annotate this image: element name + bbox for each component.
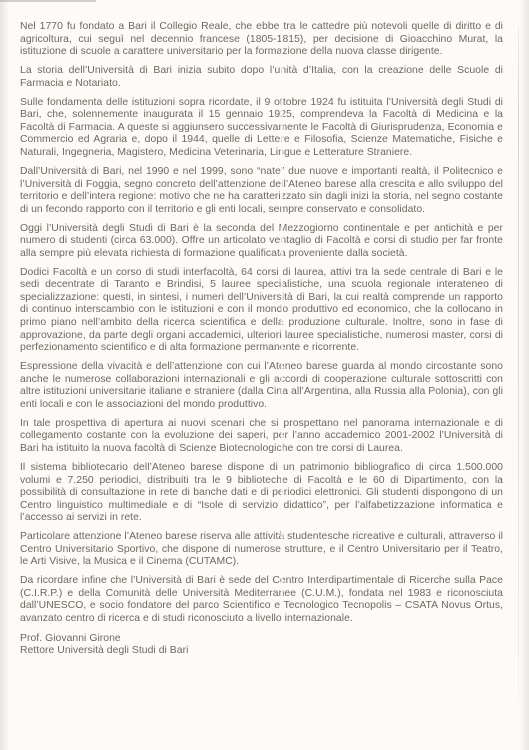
signature-name: Prof. Giovanni Girone <box>20 633 503 646</box>
signature-block: Prof. Giovanni Girone Rettore Università… <box>20 633 503 658</box>
paragraph: Oggi l’Università degli Studi di Bari è … <box>20 223 503 261</box>
scan-top-smudge <box>0 0 96 2</box>
paragraph: Da ricordare infine che l’Università di … <box>20 575 503 625</box>
paragraph: Sulle fondamenta delle istituzioni sopra… <box>20 97 503 160</box>
document-text: Nel 1770 fu fondato a Bari il Collegio R… <box>20 21 503 658</box>
paragraph: Dodici Facoltà e un corso di studi inter… <box>20 267 503 355</box>
paragraph: In tale prospettiva di apertura ai nuovi… <box>20 418 503 456</box>
paragraph: Dall’Università di Bari, nel 1990 e nel … <box>20 166 503 216</box>
scan-edge-right-shadow <box>521 0 529 750</box>
signature-title: Rettore Università degli Studi di Bari <box>20 645 503 658</box>
scan-edge-left-shadow <box>0 0 9 750</box>
scanned-document-page: Nel 1770 fu fondato a Bari il Collegio R… <box>0 0 529 750</box>
scan-page-crease-line <box>518 26 519 702</box>
paragraph: Il sistema bibliotecario dell’Ateneo bar… <box>20 462 503 525</box>
paragraph: La storia dell’Università di Bari inizia… <box>20 65 503 90</box>
paragraph: Particolare attenzione l’Ateneo barese r… <box>20 531 503 569</box>
paragraph: Nel 1770 fu fondato a Bari il Collegio R… <box>20 21 503 59</box>
paragraph: Espressione della vivacità e dell’attenz… <box>20 361 503 411</box>
